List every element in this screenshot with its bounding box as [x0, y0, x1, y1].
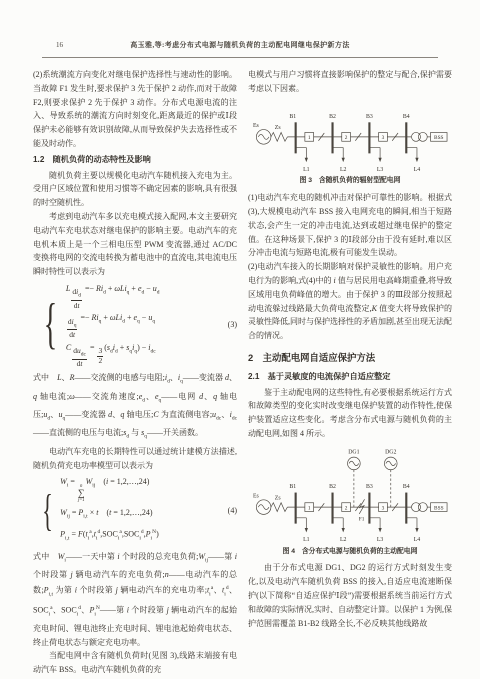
load-label: L2: [340, 537, 347, 543]
load-arrow-icon: [415, 157, 418, 161]
protection-label: 2: [345, 135, 348, 141]
fault-label: F1: [359, 516, 365, 522]
load-feeder: [406, 517, 417, 530]
load-arrow-icon: [305, 157, 308, 161]
dg1-label: DG1: [348, 449, 359, 455]
paper-page: 16 高玉雅,等:考虑分布式电源与随机负荷的主动配电网继电保护新方法 (2)系统…: [0, 0, 480, 679]
equation-line: Pi,t = F(tia,tid,SOCia,SOCid,PiN): [60, 526, 159, 546]
paragraph: 由于分布式电源 DG1、DG2 的运行方式时刻发生变化,以及电动汽车随机负荷 B…: [248, 561, 452, 630]
load-label: L4: [414, 537, 421, 543]
subsection-heading-2-1: 2.1 基于灵敏度的电流保护自适应整定: [248, 370, 452, 384]
equation-line: Wij = Pi,t × t (t = 1,2,…,24): [60, 506, 152, 524]
paragraph: 式中 L、R——交流侧的电感与电阻;id、iq——变流器 d、q 轴电流;ω——…: [33, 371, 237, 445]
equation-3: { Ldiddt =− Rid + ωLiq + ed − ud diqdt =…: [37, 282, 237, 368]
bus-label: B3: [366, 484, 373, 490]
protection-label: 3: [382, 505, 385, 511]
transformer-icon: [412, 132, 421, 141]
sine-wave-icon: [258, 134, 269, 139]
load-arrow-icon: [305, 528, 308, 532]
figure-4-caption: 图 4 含分布式电源与随机负荷的主动配电网: [248, 545, 452, 559]
bus-label: B3: [366, 114, 373, 120]
left-column: (2)系统潮流方向变化对继电保护选择性与速动性的影响。当故障 F1 发生时,要求…: [33, 68, 237, 677]
figure-4: DG1 DG2 Es Zs B1 B2 B3: [248, 445, 452, 559]
sine-wave-icon: [386, 461, 396, 465]
paragraph: 考虑到电动汽车多以充电模式接入配网,本文主要研究电动汽车充电状态对继电保护的影响…: [33, 210, 237, 279]
figure-4-diagram: DG1 DG2 Es Zs B1 B2 B3: [251, 445, 449, 544]
load-feeder: [296, 517, 307, 530]
paragraph: 电动汽车充电的长期特性可以通过统计建模方法描述,随机负荷充电功率模型可以表示为: [33, 445, 237, 473]
load-label: L1: [303, 166, 310, 172]
bus-label: B4: [403, 484, 410, 490]
fault-lightning-icon: [359, 499, 364, 514]
load-arrow-icon: [415, 528, 418, 532]
sine-wave-icon: [349, 461, 359, 465]
load-arrow-icon: [342, 528, 345, 532]
paragraph: 鉴于主动配电网的这些特性,有必要根据系统运行方式和故障类型的变化实时改变继电保护…: [248, 386, 452, 441]
equation-brace: {: [42, 492, 53, 529]
paragraph: 式中 Wi——一天中第 i 个时段的总充电负荷;Wij——第 i 个时段第 j …: [33, 550, 237, 650]
bus-label: B1: [289, 114, 296, 120]
source-label: Es: [253, 493, 260, 499]
paragraph: (1)电动汽车充电的随机冲击对保护可靠性的影响。根据式(3),大规模电动汽车 B…: [248, 191, 452, 260]
load-label: L4: [414, 166, 421, 172]
figure-3-caption: 图 3 含随机负荷的辐射型配电网: [248, 174, 452, 188]
load-arrow-icon: [378, 528, 381, 532]
source-label: Es: [253, 123, 260, 129]
equation-line: diqdt =− Riq + ωLid + eq − uq: [66, 311, 155, 338]
equation-4: { Wi = n∑j=1Wij (i = 1,2,…,24) Wij = Pi,…: [37, 475, 237, 546]
transformer-icon: [418, 132, 427, 141]
figure-3: Es Zs B1 B2 B3 B4 1: [248, 100, 452, 189]
figure-3-diagram: Es Zs B1 B2 B3 B4 1: [251, 100, 449, 174]
paragraph: 电模式与用户习惯将直接影响保护的整定与配合,保护需要考虑以下因素。: [248, 68, 452, 96]
load-label: L3: [377, 166, 384, 172]
impedance-icon: [271, 132, 287, 141]
dg2-label: DG2: [385, 449, 396, 455]
equation-line: Wi = n∑j=1Wij (i = 1,2,…,24): [60, 475, 149, 504]
bus-label: B2: [329, 114, 336, 120]
equation-number: (4): [226, 504, 237, 518]
load-arrow-icon: [342, 157, 345, 161]
load-label: L1: [303, 537, 310, 543]
paragraph: 随机负荷主要以规模化电动汽车随机接入充电为主。受用户区域位置和使用习惯等不确定因…: [33, 169, 237, 210]
protection-label: 2: [345, 505, 348, 511]
section-heading-2: 2 主动配电网自适应保护方法: [248, 351, 452, 365]
paragraph: 当配电网中含有随机负荷时(见图 3),线路末端接有电动汽车 BSS。电动汽车随机…: [33, 649, 237, 677]
page-header: 16 高玉雅,等:考虑分布式电源与随机负荷的主动配电网继电保护新方法: [42, 40, 438, 58]
bss-label: BSS: [434, 135, 444, 141]
protection-label: 1: [308, 505, 311, 511]
equation-number: (3): [226, 318, 237, 332]
load-label: L3: [377, 537, 384, 543]
load-feeder: [296, 147, 307, 160]
impedance-label: Zs: [275, 125, 282, 131]
bss-label: BSS: [434, 505, 444, 511]
paragraph: (2)系统潮流方向变化对继电保护选择性与速动性的影响。当故障 F1 发生时,要求…: [33, 68, 237, 151]
load-feeder: [369, 517, 380, 530]
impedance-icon: [271, 502, 288, 511]
equation-line: Cdudcdt = 32(sdid + sqiq) − idc: [66, 341, 156, 368]
load-feeder: [333, 147, 344, 160]
load-feeder: [406, 147, 417, 160]
bus-label: B2: [329, 484, 336, 490]
paragraph: (2)电动汽车接入的长期影响对保护灵敏性的影响。用户充电行为的影响,式(4)中的…: [248, 260, 452, 343]
equation-brace: {: [44, 301, 57, 349]
sine-wave-icon: [258, 504, 269, 509]
bus-label: B1: [289, 484, 296, 490]
page-content: (2)系统潮流方向变化对继电保护选择性与速动性的影响。当故障 F1 发生时,要求…: [33, 68, 452, 677]
load-feeder: [333, 517, 344, 530]
running-title: 高玉雅,等:考虑分布式电源与随机负荷的主动配电网继电保护新方法: [42, 40, 438, 50]
transformer-icon: [412, 502, 421, 511]
impedance-label: Zs: [275, 495, 282, 501]
subsection-heading-1-2: 1.2 随机负荷的动态特性及影响: [33, 153, 237, 167]
load-label: L2: [340, 166, 347, 172]
transformer-icon: [418, 502, 427, 511]
bus-label: B4: [403, 114, 410, 120]
right-column: 电模式与用户习惯将直接影响保护的整定与配合,保护需要考虑以下因素。 Es Zs …: [248, 68, 452, 677]
page-number: 16: [56, 41, 63, 49]
protection-label: 1: [308, 135, 311, 141]
load-arrow-icon: [378, 157, 381, 161]
protection-label: 3: [382, 135, 385, 141]
equation-line: Ldiddt =− Rid + ωLiq + ed − ud: [66, 282, 160, 309]
load-feeder: [369, 147, 380, 160]
